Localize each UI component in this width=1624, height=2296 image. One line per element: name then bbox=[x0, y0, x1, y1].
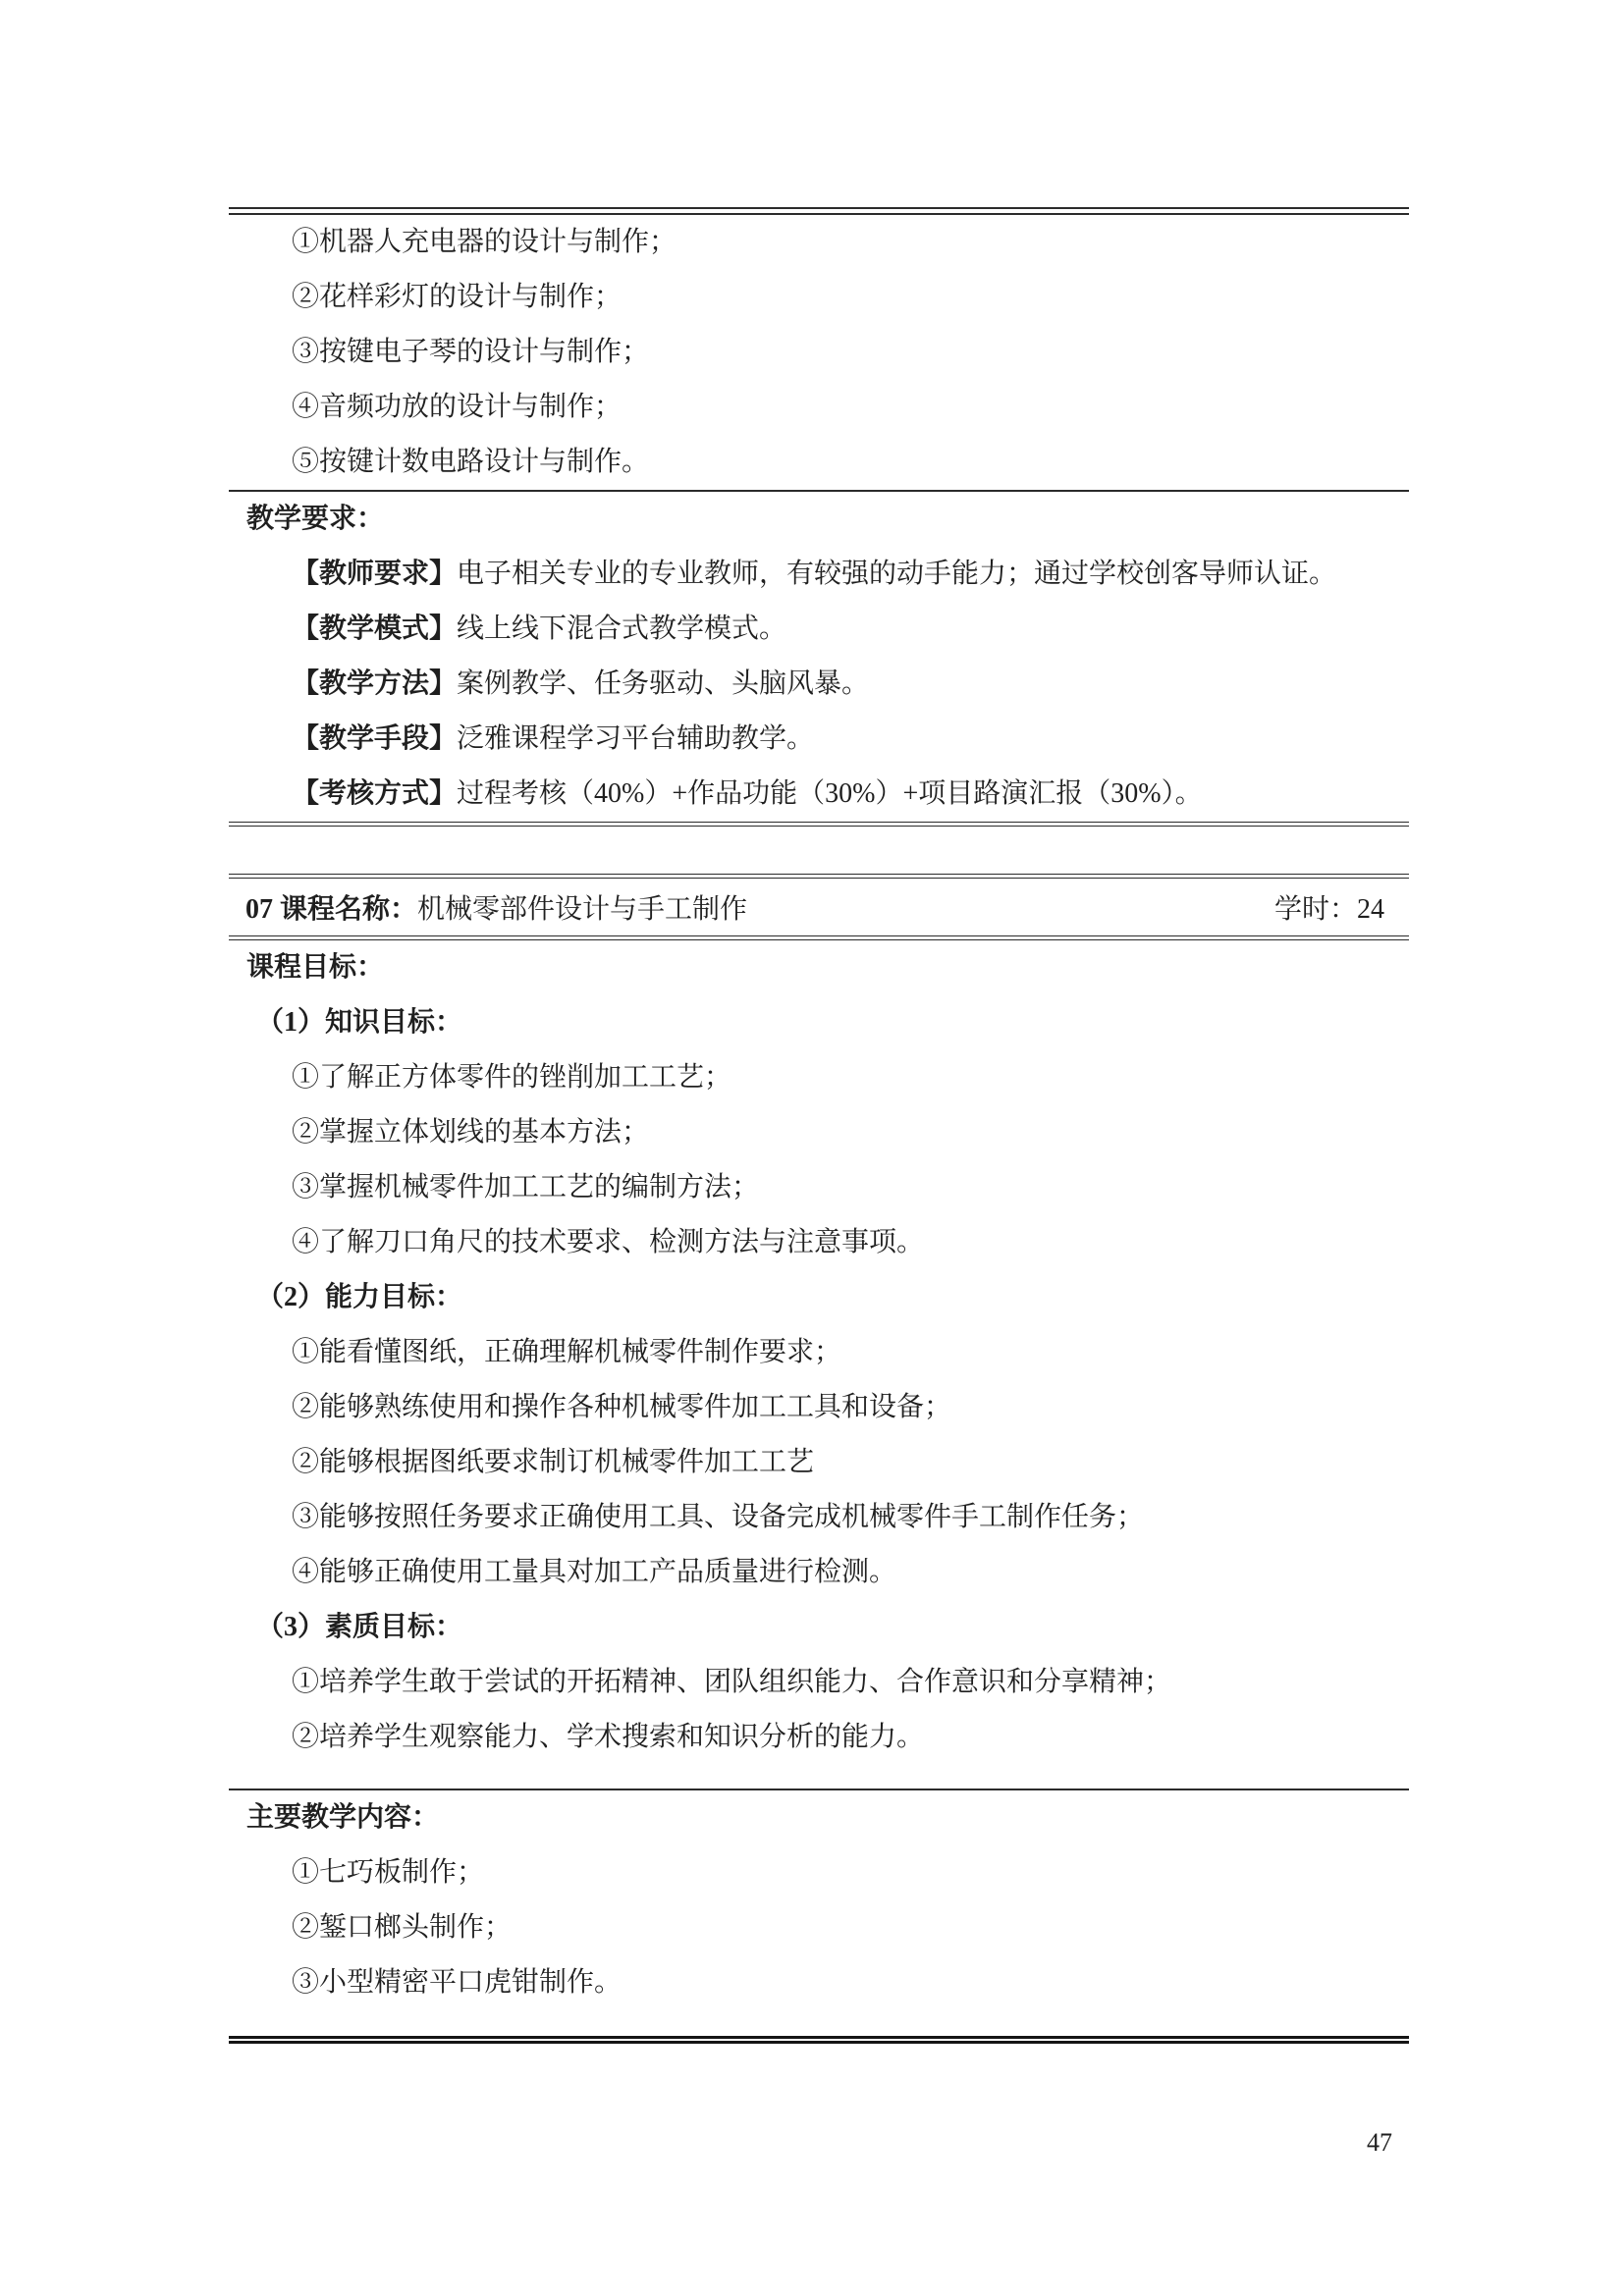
course-name: 机械零部件设计与手工制作 bbox=[417, 887, 747, 927]
teaching-requirements-heading: 教学要求： bbox=[229, 492, 1409, 547]
list-item: ②能够根据图纸要求制订机械零件加工工艺 bbox=[229, 1435, 1409, 1490]
list-item: ①能看懂图纸，正确理解机械零件制作要求； bbox=[229, 1325, 1409, 1380]
requirement-row: 【教学模式】线上线下混合式教学模式。 bbox=[229, 602, 1409, 657]
list-item: ①培养学生敢于尝试的开拓精神、团队组织能力、合作意识和分享精神； bbox=[229, 1655, 1409, 1710]
requirement-row: 【教学方法】案例教学、任务驱动、头脑风暴。 bbox=[229, 657, 1409, 712]
requirement-label: 【教师要求】 bbox=[292, 559, 457, 589]
course-goals-heading: 课程目标： bbox=[229, 940, 1409, 995]
requirement-label: 【考核方式】 bbox=[292, 778, 457, 809]
requirement-label: 【教学方法】 bbox=[292, 668, 457, 699]
requirement-row: 【教学手段】泛雅课程学习平台辅助教学。 bbox=[229, 712, 1409, 767]
list-item: ①了解正方体零件的锉削加工工艺； bbox=[229, 1050, 1409, 1105]
requirement-text: 过程考核（40%）+作品功能（30%）+项目路演汇报（30%）。 bbox=[457, 778, 1203, 809]
list-item: ②花样彩灯的设计与制作； bbox=[229, 270, 1409, 325]
requirement-text: 案例教学、任务驱动、头脑风暴。 bbox=[457, 668, 869, 699]
list-item: ④音频功放的设计与制作； bbox=[229, 380, 1409, 435]
list-item: ⑤按键计数电路设计与制作。 bbox=[229, 435, 1409, 490]
ability-goals-heading: （2）能力目标： bbox=[229, 1270, 1409, 1325]
list-item: ①七巧板制作； bbox=[229, 1845, 1409, 1900]
list-item: ②培养学生观察能力、学术搜索和知识分析的能力。 bbox=[229, 1710, 1409, 1765]
list-item: ②錾口榔头制作； bbox=[229, 1900, 1409, 1955]
list-item: ④能够正确使用工量具对加工产品质量进行检测。 bbox=[229, 1545, 1409, 1600]
teaching-content-section: ①七巧板制作； ②錾口榔头制作； ③小型精密平口虎钳制作。 bbox=[229, 1845, 1409, 2010]
document-page: ①机器人充电器的设计与制作； ②花样彩灯的设计与制作； ③按键电子琴的设计与制作… bbox=[229, 207, 1409, 2044]
list-item: ②能够熟练使用和操作各种机械零件加工工具和设备； bbox=[229, 1380, 1409, 1435]
quality-goals-heading: （3）素质目标： bbox=[229, 1600, 1409, 1655]
requirement-label: 【教学模式】 bbox=[292, 614, 457, 644]
course-hours-label: 学时： bbox=[1274, 894, 1357, 925]
list-item: ③能够按照任务要求正确使用工具、设备完成机械零件手工制作任务； bbox=[229, 1490, 1409, 1545]
course-hours: 学时：24 bbox=[1274, 887, 1384, 927]
list-item: ④了解刀口角尺的技术要求、检测方法与注意事项。 bbox=[229, 1215, 1409, 1270]
separator-table1-top bbox=[229, 207, 1409, 215]
requirement-text: 线上线下混合式教学模式。 bbox=[457, 614, 786, 644]
course-header-row: 07 课程名称：机械零部件设计与手工制作 学时：24 bbox=[229, 879, 1409, 935]
requirement-row: 【考核方式】过程考核（40%）+作品功能（30%）+项目路演汇报（30%）。 bbox=[229, 767, 1409, 822]
separator-table2-bottom bbox=[229, 2036, 1409, 2044]
list-item: ③小型精密平口虎钳制作。 bbox=[229, 1955, 1409, 2010]
list-item: ②掌握立体划线的基本方法； bbox=[229, 1105, 1409, 1160]
requirement-label: 【教学手段】 bbox=[292, 723, 457, 754]
list-item: ③掌握机械零件加工工艺的编制方法； bbox=[229, 1160, 1409, 1215]
table-gap bbox=[229, 827, 1409, 874]
ability-goals-section: ①能看懂图纸，正确理解机械零件制作要求； ②能够熟练使用和操作各种机械零件加工工… bbox=[229, 1325, 1409, 1600]
course-hours-value: 24 bbox=[1357, 894, 1384, 925]
knowledge-goals-heading: （1）知识目标： bbox=[229, 995, 1409, 1050]
requirement-row: 【教师要求】电子相关专业的专业教师，有较强的动手能力；通过学校创客导师认证。 bbox=[229, 547, 1409, 602]
knowledge-goals-section: ①了解正方体零件的锉削加工工艺； ②掌握立体划线的基本方法； ③掌握机械零件加工… bbox=[229, 1050, 1409, 1270]
requirement-text: 泛雅课程学习平台辅助教学。 bbox=[457, 723, 814, 754]
list-item: ③按键电子琴的设计与制作； bbox=[229, 325, 1409, 380]
course-number-label: 07 课程名称： bbox=[245, 887, 417, 927]
list-item: ①机器人充电器的设计与制作； bbox=[229, 215, 1409, 270]
quality-goals-section: ①培养学生敢于尝试的开拓精神、团队组织能力、合作意识和分享精神； ②培养学生观察… bbox=[229, 1655, 1409, 1765]
teaching-content-heading: 主要教学内容： bbox=[229, 1790, 1409, 1845]
practice-items-section: ①机器人充电器的设计与制作； ②花样彩灯的设计与制作； ③按键电子琴的设计与制作… bbox=[229, 215, 1409, 490]
page-number: 47 bbox=[0, 2126, 1392, 2160]
requirement-text: 电子相关专业的专业教师，有较强的动手能力；通过学校创客导师认证。 bbox=[457, 559, 1336, 589]
teaching-requirements-section: 【教师要求】电子相关专业的专业教师，有较强的动手能力；通过学校创客导师认证。 【… bbox=[229, 547, 1409, 822]
